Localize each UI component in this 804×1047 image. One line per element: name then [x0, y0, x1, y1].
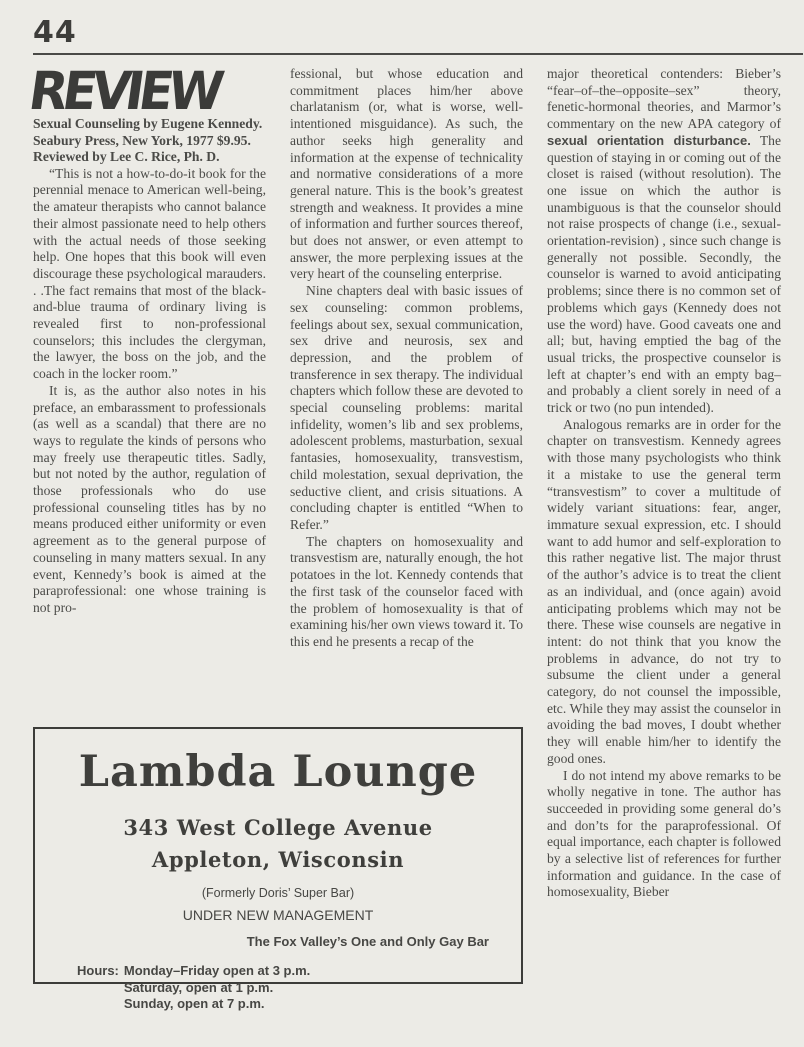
- column-2: fessional, but whose education and commi…: [290, 66, 523, 651]
- paragraph-4-cont: major theoretical contenders: Bieber’s “…: [547, 66, 781, 417]
- paragraph-5: Analogous remarks are in order for the c…: [547, 417, 781, 768]
- ad-address: 343 West College Avenue: [35, 817, 521, 838]
- paragraph-2: It is, as the author also notes in his p…: [33, 383, 266, 617]
- column-1: REVIEW Sexual Counseling by Eugene Kenne…: [33, 66, 266, 617]
- column-3: major theoretical contenders: Bieber’s “…: [547, 66, 781, 901]
- hours-sunday: Sunday, open at 7 p.m.: [124, 996, 310, 1013]
- hours-label: Hours:: [77, 963, 119, 1013]
- hours-list: Monday–Friday open at 3 p.m. Saturday, o…: [124, 963, 310, 1013]
- paragraph-4-cont-text-2: The question of staying in or coming out…: [547, 133, 781, 415]
- advertisement-box: Lambda Lounge 343 West College Avenue Ap…: [33, 727, 523, 984]
- hours-weekday: Monday–Friday open at 3 p.m.: [124, 963, 310, 980]
- paragraph-1: “This is not a how-to-do-it book for the…: [33, 166, 266, 383]
- page-number: 44: [33, 18, 77, 48]
- ad-title: Lambda Lounge: [35, 751, 521, 794]
- paragraph-4-cont-text: major theoretical contenders: Bieber’s “…: [547, 66, 781, 131]
- paragraph-3: Nine chapters deal with basic issues of …: [290, 283, 523, 534]
- review-logo: REVIEW: [26, 66, 266, 116]
- hours-saturday: Saturday, open at 1 p.m.: [124, 980, 310, 997]
- header-rule: [33, 53, 803, 55]
- ad-city: Appleton, Wisconsin: [35, 849, 521, 870]
- paragraph-4: The chapters on homosexuality and transv…: [290, 534, 523, 651]
- ad-management-notice: UNDER NEW MANAGEMENT: [35, 907, 521, 923]
- ad-formerly-name: (Formerly Doris’ Super Bar): [35, 886, 521, 900]
- emphasis-term: sexual orientation disturbance.: [547, 133, 751, 148]
- paragraph-2-cont: fessional, but whose education and commi…: [290, 66, 523, 283]
- ad-hours: Hours: Monday–Friday open at 3 p.m. Satu…: [77, 963, 310, 1013]
- paragraph-6: I do not intend my above remarks to be w…: [547, 768, 781, 902]
- ad-slogan: The Fox Valley’s One and Only Gay Bar: [247, 934, 489, 949]
- reviewer-byline: Reviewed by Lee C. Rice, Ph. D.: [33, 149, 266, 166]
